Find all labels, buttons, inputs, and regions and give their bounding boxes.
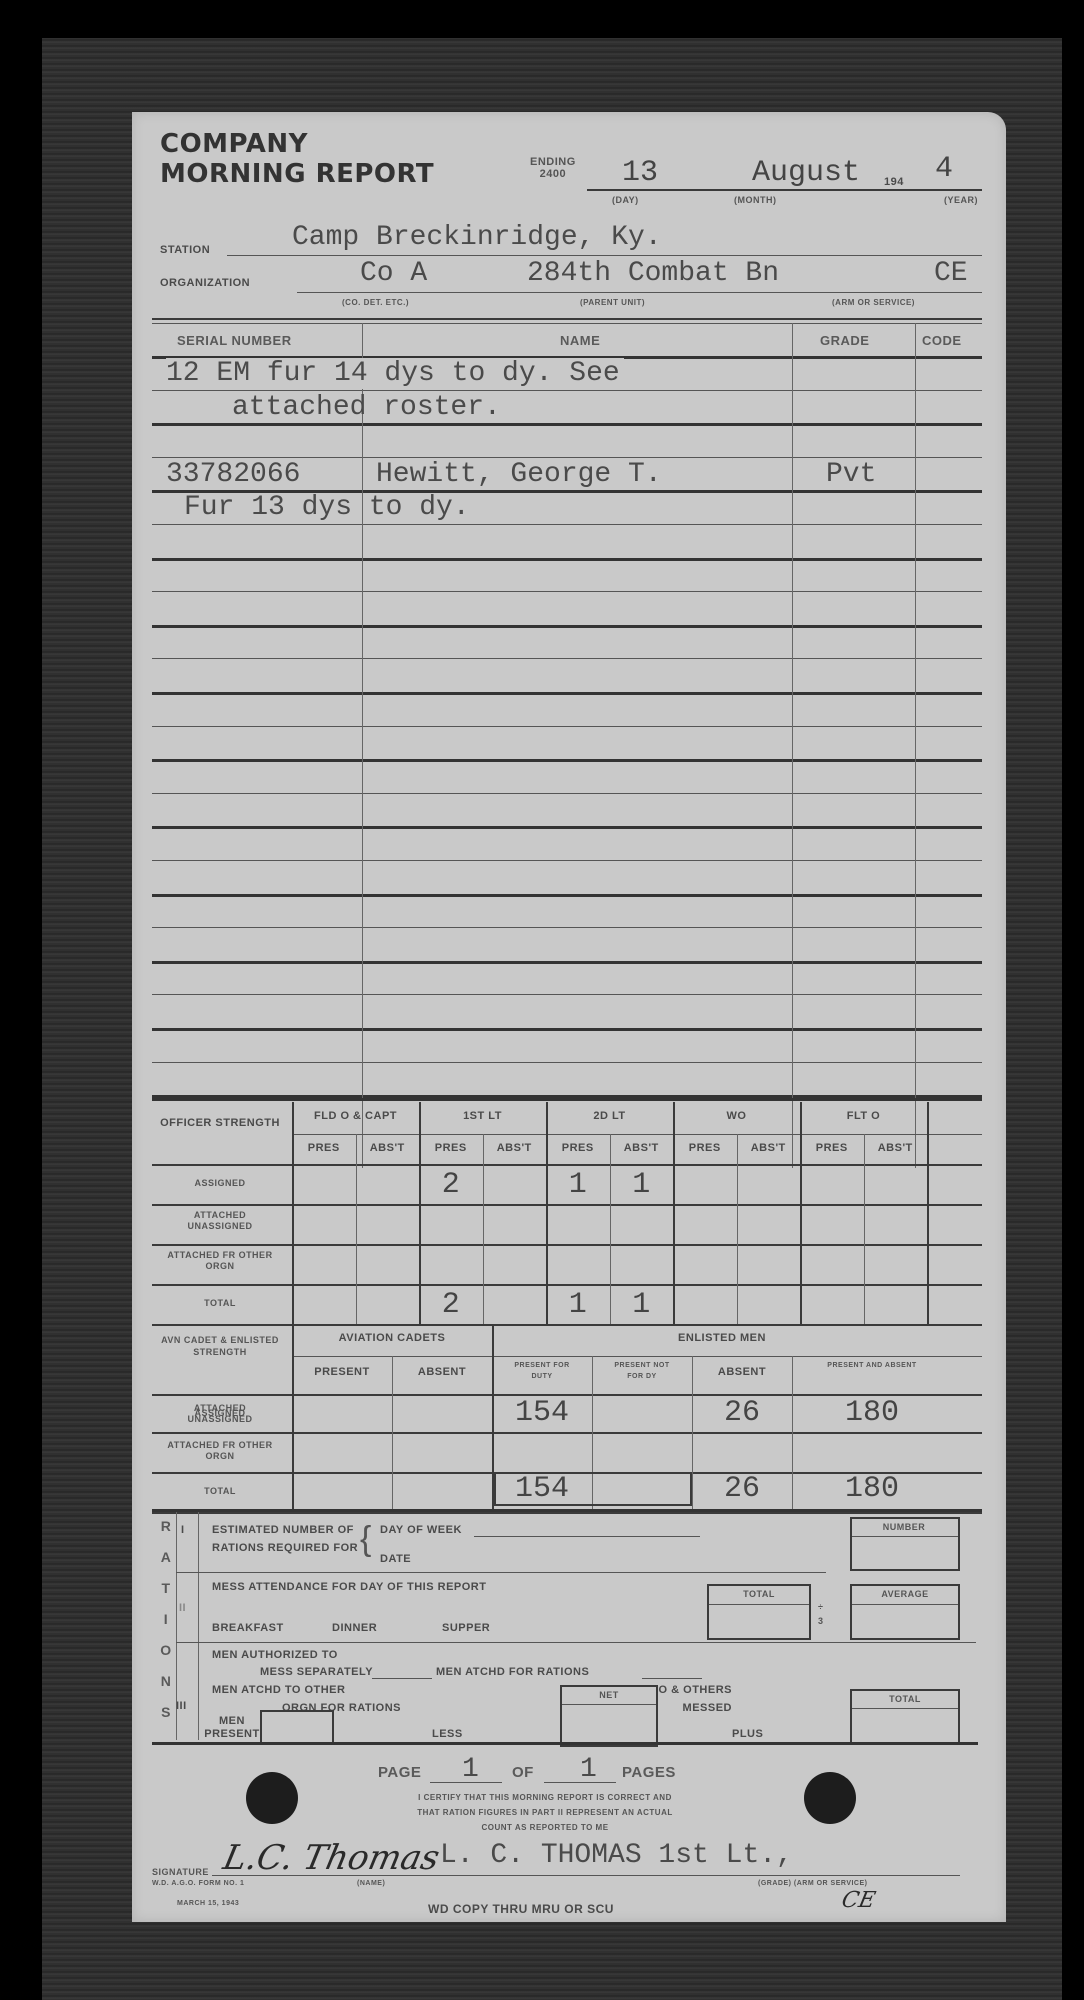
date-label: DATE <box>380 1553 411 1565</box>
enlisted-grid-rule <box>152 1512 982 1514</box>
estimated-number-label: ESTIMATED NUMBER OF RATIONS REQUIRED FOR <box>190 1524 358 1554</box>
mess-attendance-label: MESS ATTENDANCE FOR DAY OF THIS REPORT <box>212 1581 486 1593</box>
enlisted-cell: 154 <box>492 1396 592 1430</box>
officer-subcolumn-header: PRES <box>673 1142 737 1154</box>
officer-grid-divider <box>864 1134 865 1324</box>
roster-rule <box>152 658 982 659</box>
officer-cell: 1 <box>610 1288 674 1322</box>
rations-top-rule <box>152 1509 982 1512</box>
officer-subcolumn-header: ABS'T <box>356 1142 420 1154</box>
mess-separately-line <box>372 1678 432 1679</box>
roster-rule <box>152 793 982 794</box>
company-caption: (CO. DET. ETC.) <box>342 298 409 307</box>
station-value: Camp Breckinridge, Ky. <box>292 222 662 253</box>
col-code: CODE <box>922 333 962 348</box>
ending-label-1: ENDING <box>530 156 576 168</box>
signature-label: SIGNATURE <box>152 1867 209 1877</box>
handwritten-signature: L.C. Thomas <box>220 1838 443 1878</box>
organization-label: ORGANIZATION <box>160 277 250 289</box>
roster-rule <box>152 894 982 897</box>
officer-subcolumn-header: ABS'T <box>610 1142 674 1154</box>
number-label: NUMBER <box>850 1522 958 1532</box>
officer-grid-divider <box>356 1134 357 1324</box>
officer-cell: 1 <box>610 1168 674 1202</box>
report-day: 13 <box>622 156 658 190</box>
average-label: AVERAGE <box>850 1589 960 1599</box>
roster-rule <box>152 524 982 525</box>
rations-letter: R <box>156 1518 176 1534</box>
mess-total-divider <box>709 1604 809 1605</box>
certify-line-3: COUNT AS REPORTED TO ME <box>340 1820 750 1835</box>
officer-row-label: ATTACHED UNASSIGNED <box>160 1210 280 1232</box>
roster-rule <box>152 860 982 861</box>
men-authorized-2: MESS SEPARATELY <box>260 1666 373 1678</box>
divide-by-three: ÷ 3 <box>818 1600 830 1628</box>
enlisted-cell: 26 <box>692 1472 792 1506</box>
enlisted-column-header: ABSENT <box>692 1366 792 1378</box>
rations-letter: A <box>156 1549 176 1565</box>
roster-entry-2-serial: 33782066 <box>166 459 300 490</box>
officer-group-header: 1ST LT <box>419 1110 546 1122</box>
enlisted-cell: 26 <box>692 1396 792 1430</box>
page-label: PAGE <box>378 1764 421 1781</box>
men-atchd-rations: MEN ATCHD FOR RATIONS <box>436 1666 589 1678</box>
officer-subcolumn-header: ABS'T <box>864 1142 928 1154</box>
officer-strength-title: OFFICER STRENGTH <box>160 1116 280 1130</box>
officer-row-label: ASSIGNED <box>160 1178 280 1189</box>
roster-top-rule-2 <box>152 323 982 324</box>
officer-subcolumn-header: PRES <box>546 1142 610 1154</box>
enlisted-row-label: TOTAL <box>160 1486 280 1497</box>
form-number: W.D. A.G.O. FORM NO. 1 <box>152 1880 244 1887</box>
roster-rule <box>152 423 982 426</box>
officer-cell: 2 <box>419 1288 483 1322</box>
rations-total-label: TOTAL <box>850 1694 960 1704</box>
parent-caption: (PARENT UNIT) <box>580 298 645 307</box>
officer-row-label: ATTACHED FR OTHER ORGN <box>160 1250 280 1272</box>
plus-label: PLUS <box>732 1728 763 1740</box>
officer-subcolumn-header: ABS'T <box>483 1142 547 1154</box>
officer-subcolumn-header: PRES <box>419 1142 483 1154</box>
signer-name-typed: L. C. THOMAS 1st Lt., <box>440 1840 793 1871</box>
day-caption: (DAY) <box>612 195 639 205</box>
organization-parent-unit: 284th Combat Bn <box>527 258 779 289</box>
officer-top-rule <box>152 1098 982 1101</box>
enlisted-column-header: PRESENT <box>292 1366 392 1378</box>
officer-cell: 1 <box>546 1288 610 1322</box>
roster-rule <box>152 692 982 695</box>
report-month: August <box>752 156 860 190</box>
roster-rule <box>152 994 982 995</box>
arm-caption: (ARM OR SERVICE) <box>832 298 915 307</box>
year-caption: (YEAR) <box>944 195 978 205</box>
rations-bottom-rule <box>152 1742 978 1745</box>
men-present-label: MEN PRESENT <box>204 1715 260 1741</box>
officer-group-header: FLT O <box>800 1110 927 1122</box>
roster-entry-2-line2: Fur 13 dys to dy. <box>184 492 470 523</box>
organization-underline <box>297 292 982 293</box>
roster-rule <box>152 826 982 829</box>
officer-group-header: 2D LT <box>546 1110 673 1122</box>
officer-group-header: FLD O & CAPT <box>292 1110 419 1122</box>
men-atchd-rations-line <box>642 1678 702 1679</box>
rations-letter: T <box>156 1580 176 1596</box>
enlisted-grid-divider <box>292 1326 294 1510</box>
rations-letter: S <box>156 1704 176 1720</box>
dinner-label: DINNER <box>332 1622 377 1634</box>
o-others-1: O & OTHERS <box>652 1684 732 1696</box>
organization-company: Co A <box>360 258 427 289</box>
form-title-line2: MORNING REPORT <box>160 160 434 189</box>
col-grade: GRADE <box>820 333 869 348</box>
ending-label-2: 2400 <box>530 168 576 180</box>
roster-rule <box>152 961 982 964</box>
officer-grid-rule <box>152 1244 982 1246</box>
enlisted-cell: 180 <box>792 1396 952 1430</box>
officer-grid-divider <box>737 1134 738 1324</box>
day-of-week-line <box>474 1536 700 1537</box>
officer-cell: 1 <box>546 1168 610 1202</box>
officer-row-label: TOTAL <box>160 1298 280 1309</box>
officer-subcolumn-header: PRES <box>292 1142 356 1154</box>
men-present-2: PRESENT <box>204 1728 260 1741</box>
men-present-box[interactable] <box>260 1710 334 1744</box>
officer-grid-rule <box>152 1324 982 1326</box>
average-box-divider <box>852 1604 958 1605</box>
officer-grid-divider <box>800 1102 802 1324</box>
roster-rule <box>152 457 982 458</box>
enlisted-column-header: PRESENT FOR DUTY <box>492 1360 592 1382</box>
men-authorized-1: MEN AUTHORIZED TO <box>212 1649 338 1661</box>
enlisted-cell: 180 <box>792 1472 952 1506</box>
rations-letter: N <box>156 1673 176 1689</box>
net-label: NET <box>560 1690 658 1700</box>
officer-grid-divider <box>673 1102 675 1324</box>
roster-entry-2-grade: Pvt <box>826 459 876 490</box>
roster-rule <box>152 1028 982 1031</box>
divider-name-grade <box>792 323 793 1168</box>
part-ii-label: II <box>179 1602 186 1614</box>
officer-grid-rule <box>152 1284 982 1286</box>
officer-grid-divider <box>927 1102 929 1324</box>
estimated-line-2: RATIONS REQUIRED FOR <box>212 1542 358 1554</box>
day-of-week-label: DAY OF WEEK <box>380 1524 462 1536</box>
punch-hole-left <box>246 1772 298 1824</box>
rations-total-divider <box>852 1708 958 1709</box>
part-i-label: I <box>181 1524 185 1536</box>
roster-rule <box>152 726 982 727</box>
brace-icon: { <box>360 1520 371 1558</box>
net-box-divider <box>562 1704 656 1705</box>
enlisted-grid-rule <box>292 1356 982 1357</box>
officer-grid-rule <box>152 1204 982 1206</box>
enlisted-row-label: ATTACHED FR OTHER ORGN <box>160 1440 280 1462</box>
aviation-cadets-header: AVIATION CADETS <box>292 1332 492 1344</box>
roster-rule <box>152 927 982 928</box>
grade-caption: (GRADE) (ARM OR SERVICE) <box>758 1880 867 1887</box>
roster-rule <box>152 390 982 391</box>
rations-part-i-rule <box>176 1572 826 1573</box>
report-year-digit: 4 <box>935 152 953 186</box>
ending-label: ENDING 2400 <box>530 156 576 180</box>
officer-group-header: WO <box>673 1110 800 1122</box>
punch-hole-right <box>804 1772 856 1824</box>
morning-report-card: COMPANY MORNING REPORT ENDING 2400 13 Au… <box>132 112 1006 1922</box>
roster-rule <box>152 759 982 762</box>
less-label: LESS <box>432 1728 463 1740</box>
roster-entry-1-line2: attached roster. <box>232 392 501 423</box>
roster-rule <box>152 591 982 592</box>
rations-letter: O <box>156 1642 176 1658</box>
page-total: 1 <box>580 1754 597 1785</box>
roster-rule <box>152 1062 982 1063</box>
men-atchd-other-1: MEN ATCHD TO OTHER <box>212 1684 345 1696</box>
enlisted-column-header: PRESENT NOT FOR DY <box>592 1360 692 1382</box>
pages-label: PAGES <box>622 1764 676 1781</box>
supper-label: SUPPER <box>442 1622 490 1634</box>
month-caption: (MONTH) <box>734 195 777 205</box>
enlisted-column-header: PRESENT AND ABSENT <box>792 1360 952 1371</box>
col-name: NAME <box>560 333 600 348</box>
enlisted-grid-rule <box>152 1432 982 1434</box>
officer-grid-rule <box>152 1164 982 1166</box>
rations-letter: I <box>156 1611 176 1627</box>
roster-rule <box>152 625 982 628</box>
o-others-2: MESSED <box>652 1702 732 1714</box>
divider-grade-code <box>915 323 916 1168</box>
divider-serial-name <box>362 323 363 1168</box>
breakfast-label: BREAKFAST <box>212 1622 284 1634</box>
men-present-1: MEN <box>204 1715 260 1728</box>
page-number: 1 <box>462 1754 479 1785</box>
station-underline <box>227 255 982 256</box>
certify-line-1: I CERTIFY THAT THIS MORNING REPORT IS CO… <box>340 1790 750 1805</box>
enlisted-cell: 154 <box>492 1472 592 1506</box>
enlisted-row-label: ATTACHED UNASSIGNED <box>160 1403 280 1425</box>
report-year-prefix: 194 <box>884 176 904 188</box>
officer-grid-divider <box>292 1102 294 1324</box>
rations-part-ii-rule <box>176 1642 976 1643</box>
form-date: MARCH 15, 1943 <box>177 1900 239 1907</box>
estimated-line-1: ESTIMATED NUMBER OF <box>212 1524 358 1536</box>
officer-subcolumn-header: PRES <box>800 1142 864 1154</box>
roster-top-rule <box>152 318 982 320</box>
handwritten-arm: CE <box>839 1888 877 1913</box>
mess-total-label: TOTAL <box>707 1589 811 1599</box>
certify-line-2: THAT RATION FIGURES IN PART II REPRESENT… <box>340 1805 750 1820</box>
enlisted-grid-divider <box>392 1356 393 1510</box>
enlisted-strength-title: AVN CADET & ENLISTED STRENGTH <box>160 1334 280 1358</box>
signature-line <box>212 1875 960 1876</box>
enlisted-column-header: ABSENT <box>392 1366 492 1378</box>
roster-entry-2-name: Hewitt, George T. <box>376 459 662 490</box>
organization-arm: CE <box>934 258 968 289</box>
part-iii-label: III <box>176 1700 187 1712</box>
form-title-line1: COMPANY <box>160 130 308 159</box>
officer-grid-divider <box>483 1134 484 1324</box>
col-serial-number: SERIAL NUMBER <box>177 333 292 348</box>
officer-grid-rule <box>292 1134 982 1135</box>
officer-subcolumn-header: ABS'T <box>737 1142 801 1154</box>
roster-rule <box>152 558 982 561</box>
roster-entry-1-line1: 12 EM fur 14 dys to dy. See <box>166 358 624 389</box>
certification-text: I CERTIFY THAT THIS MORNING REPORT IS CO… <box>340 1790 750 1835</box>
number-box-divider <box>852 1536 958 1537</box>
wd-copy-label: WD COPY THRU MRU OR SCU <box>428 1902 614 1916</box>
station-label: STATION <box>160 244 210 256</box>
enlisted-men-header: ENLISTED MEN <box>492 1332 952 1344</box>
of-label: OF <box>512 1764 534 1781</box>
name-caption: (NAME) <box>357 1880 385 1887</box>
officer-cell: 2 <box>419 1168 483 1202</box>
